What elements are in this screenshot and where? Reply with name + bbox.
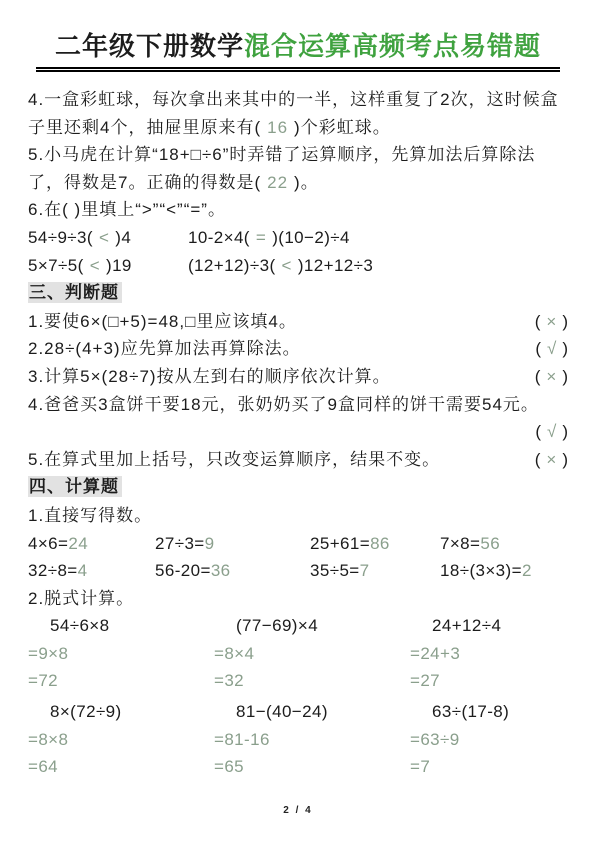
answer: 9 <box>205 534 215 553</box>
direct-item: 18÷(3×3)=2 <box>440 557 568 585</box>
question-5-text: 了，得数是7。正确的得数是( <box>28 173 261 192</box>
stepwise-calc-row-1: 54÷6×8 =9×8 =72 (77−69)×4 =8×4 =32 24+12… <box>28 612 568 695</box>
problem-expression: 24+12÷4 <box>410 612 568 640</box>
judge-answer: (×) <box>535 363 568 391</box>
direct-item: 56-20=36 <box>155 557 310 585</box>
question-6-prompt: 6.在( )里填上“>”“<”“=”。 <box>28 196 568 224</box>
answer: 56 <box>480 534 500 553</box>
question-4-text: 子里还剩4个，抽屉里原来有( <box>28 118 261 137</box>
judge-item-3: 3.计算5×(28÷7)按从左到右的顺序依次计算。 (×) <box>28 363 568 391</box>
answer: 4 <box>78 561 88 580</box>
judge-text: 2.28÷(4+3)应先算加法再算除法。 <box>28 335 301 363</box>
page-title: 二年级下册数学混合运算高频考点易错题 <box>55 31 541 61</box>
answer: 36 <box>211 561 231 580</box>
judge-answer: (√) <box>535 422 568 441</box>
judge-item-4-text: 4.爸爸买3盒饼干要18元，张奶奶买了9盒同样的饼干需要54元。 <box>28 391 568 419</box>
stepwise-calc-row-2: 8×(72÷9) =8×8 =64 81−(40−24) =81-16 =65 … <box>28 698 568 781</box>
compare-expression-end: )19 <box>106 256 132 275</box>
compare-item: (12+12)÷3(<)12+12÷3 <box>188 256 373 275</box>
stepwise-problem: 63÷(17-8) =63÷9 =7 <box>410 698 568 781</box>
stepwise-problem: (77−69)×4 =8×4 =32 <box>214 612 410 695</box>
compare-item: 10-2×4(=)(10−2)÷4 <box>188 228 350 247</box>
solution-result: =7 <box>410 753 568 781</box>
question-4-line-2: 子里还剩4个，抽屉里原来有(16)个彩虹球。 <box>28 114 568 142</box>
question-6-row-1: 54÷9÷3(<)410-2×4(=)(10−2)÷4 <box>28 224 568 252</box>
solution-result: =64 <box>28 753 214 781</box>
stepwise-calc-label: 2.脱式计算。 <box>28 585 568 613</box>
compare-expression-end: )(10−2)÷4 <box>272 228 350 247</box>
expression: 32÷8= <box>28 561 78 580</box>
solution-result: =32 <box>214 667 410 695</box>
solution-step: =8×8 <box>28 726 214 754</box>
question-4-answer: 16 <box>261 118 294 137</box>
judge-text: 5.在算式里加上括号，只改变运算顺序，结果不变。 <box>28 446 440 474</box>
solution-step: =8×4 <box>214 640 410 668</box>
paren-close: ) <box>562 339 568 358</box>
question-5-line-1: 5.小马虎在计算“18+□÷6”时弄错了运算顺序，先算加法后算除法 <box>28 141 568 169</box>
solution-step: =24+3 <box>410 640 568 668</box>
judge-answer-symbol: × <box>540 367 562 386</box>
solution-result: =27 <box>410 667 568 695</box>
stepwise-problem: 81−(40−24) =81-16 =65 <box>214 698 410 781</box>
expression: 4×6= <box>28 534 68 553</box>
judge-answer-symbol: √ <box>541 422 562 441</box>
compare-answer: < <box>93 228 115 247</box>
question-5-line-2: 了，得数是7。正确的得数是(22)。 <box>28 169 568 197</box>
direct-calc-row-1: 4×6=24 27÷3=9 25+61=86 7×8=56 <box>28 530 568 558</box>
expression: 56-20= <box>155 561 211 580</box>
problem-expression: 63÷(17-8) <box>410 698 568 726</box>
judge-answer: (×) <box>535 446 568 474</box>
direct-item: 27÷3=9 <box>155 530 310 558</box>
direct-calc-row-2: 32÷8=4 56-20=36 35÷5=7 18÷(3×3)=2 <box>28 557 568 585</box>
page-number: 2 / 4 <box>0 805 596 816</box>
problem-expression: 54÷6×8 <box>28 612 214 640</box>
title-suffix: 混合运算高频考点易错题 <box>244 31 541 61</box>
compare-expression-end: )12+12÷3 <box>298 256 373 275</box>
expression: 7×8= <box>440 534 480 553</box>
paren-close: ) <box>562 450 568 469</box>
compare-item: 5×7÷5(<)19 <box>28 252 188 280</box>
answer: 2 <box>522 561 532 580</box>
compare-item: 54÷9÷3(<)4 <box>28 224 188 252</box>
judge-item-5: 5.在算式里加上括号，只改变运算顺序，结果不变。 (×) <box>28 446 568 474</box>
direct-item: 35÷5=7 <box>310 557 440 585</box>
compare-expression: 10-2×4( <box>188 228 250 247</box>
paren-close: ) <box>562 367 568 386</box>
solution-step: =63÷9 <box>410 726 568 754</box>
judge-answer: (√) <box>535 335 568 363</box>
judge-answer: (×) <box>535 308 568 336</box>
question-5-answer: 22 <box>261 173 294 192</box>
solution-step: =81-16 <box>214 726 410 754</box>
title-underline: 二年级下册数学混合运算高频考点易错题 <box>36 26 560 72</box>
section-heading-text: 三、判断题 <box>28 282 122 303</box>
stepwise-problem: 54÷6×8 =9×8 =72 <box>28 612 214 695</box>
judge-item-1: 1.要使6×(□+5)=48,□里应该填4。 (×) <box>28 308 568 336</box>
section-heading-judgment: 三、判断题 <box>28 279 568 308</box>
expression: 27÷3= <box>155 534 205 553</box>
solution-result: =65 <box>214 753 410 781</box>
compare-answer: < <box>276 256 298 275</box>
worksheet-page: 二年级下册数学混合运算高频考点易错题 4.一盒彩虹球，每次拿出来其中的一半，这样… <box>0 0 596 842</box>
judge-answer-symbol: √ <box>541 339 562 358</box>
paren-close: ) <box>562 422 568 441</box>
expression: 18÷(3×3)= <box>440 561 522 580</box>
answer: 86 <box>370 534 390 553</box>
question-5-text-end: )。 <box>294 173 319 192</box>
title-prefix: 二年级下册数学 <box>55 31 244 61</box>
direct-item: 25+61=86 <box>310 530 440 558</box>
section-heading-calculation: 四、计算题 <box>28 473 568 502</box>
compare-answer: < <box>84 256 106 275</box>
problem-expression: (77−69)×4 <box>214 612 410 640</box>
answer: 7 <box>360 561 370 580</box>
direct-calc-label: 1.直接写得数。 <box>28 502 568 530</box>
compare-expression-end: )4 <box>115 228 131 247</box>
problem-expression: 81−(40−24) <box>214 698 410 726</box>
section-heading-text: 四、计算题 <box>28 476 122 497</box>
question-4-line-1: 4.一盒彩虹球，每次拿出来其中的一半，这样重复了2次，这时候盒 <box>28 86 568 114</box>
judge-answer-symbol: × <box>540 450 562 469</box>
direct-item: 4×6=24 <box>28 530 155 558</box>
question-6-row-2: 5×7÷5(<)19(12+12)÷3(<)12+12÷3 <box>28 252 568 280</box>
solution-result: =72 <box>28 667 214 695</box>
judge-text: 1.要使6×(□+5)=48,□里应该填4。 <box>28 308 297 336</box>
question-4-text-end: )个彩虹球。 <box>294 118 391 137</box>
paren-close: ) <box>562 312 568 331</box>
problem-expression: 8×(72÷9) <box>28 698 214 726</box>
judge-answer-symbol: × <box>540 312 562 331</box>
expression: 35÷5= <box>310 561 360 580</box>
compare-expression: (12+12)÷3( <box>188 256 276 275</box>
direct-item: 7×8=56 <box>440 530 568 558</box>
compare-answer: = <box>250 228 272 247</box>
compare-expression: 5×7÷5( <box>28 256 84 275</box>
answer: 24 <box>68 534 88 553</box>
judge-item-2: 2.28÷(4+3)应先算加法再算除法。 (√) <box>28 335 568 363</box>
stepwise-problem: 8×(72÷9) =8×8 =64 <box>28 698 214 781</box>
judge-item-4-answer-line: (√) <box>28 418 568 446</box>
direct-item: 32÷8=4 <box>28 557 155 585</box>
stepwise-problem: 24+12÷4 =24+3 =27 <box>410 612 568 695</box>
expression: 25+61= <box>310 534 370 553</box>
judge-text: 3.计算5×(28÷7)按从左到右的顺序依次计算。 <box>28 363 391 391</box>
solution-step: =9×8 <box>28 640 214 668</box>
compare-expression: 54÷9÷3( <box>28 228 93 247</box>
